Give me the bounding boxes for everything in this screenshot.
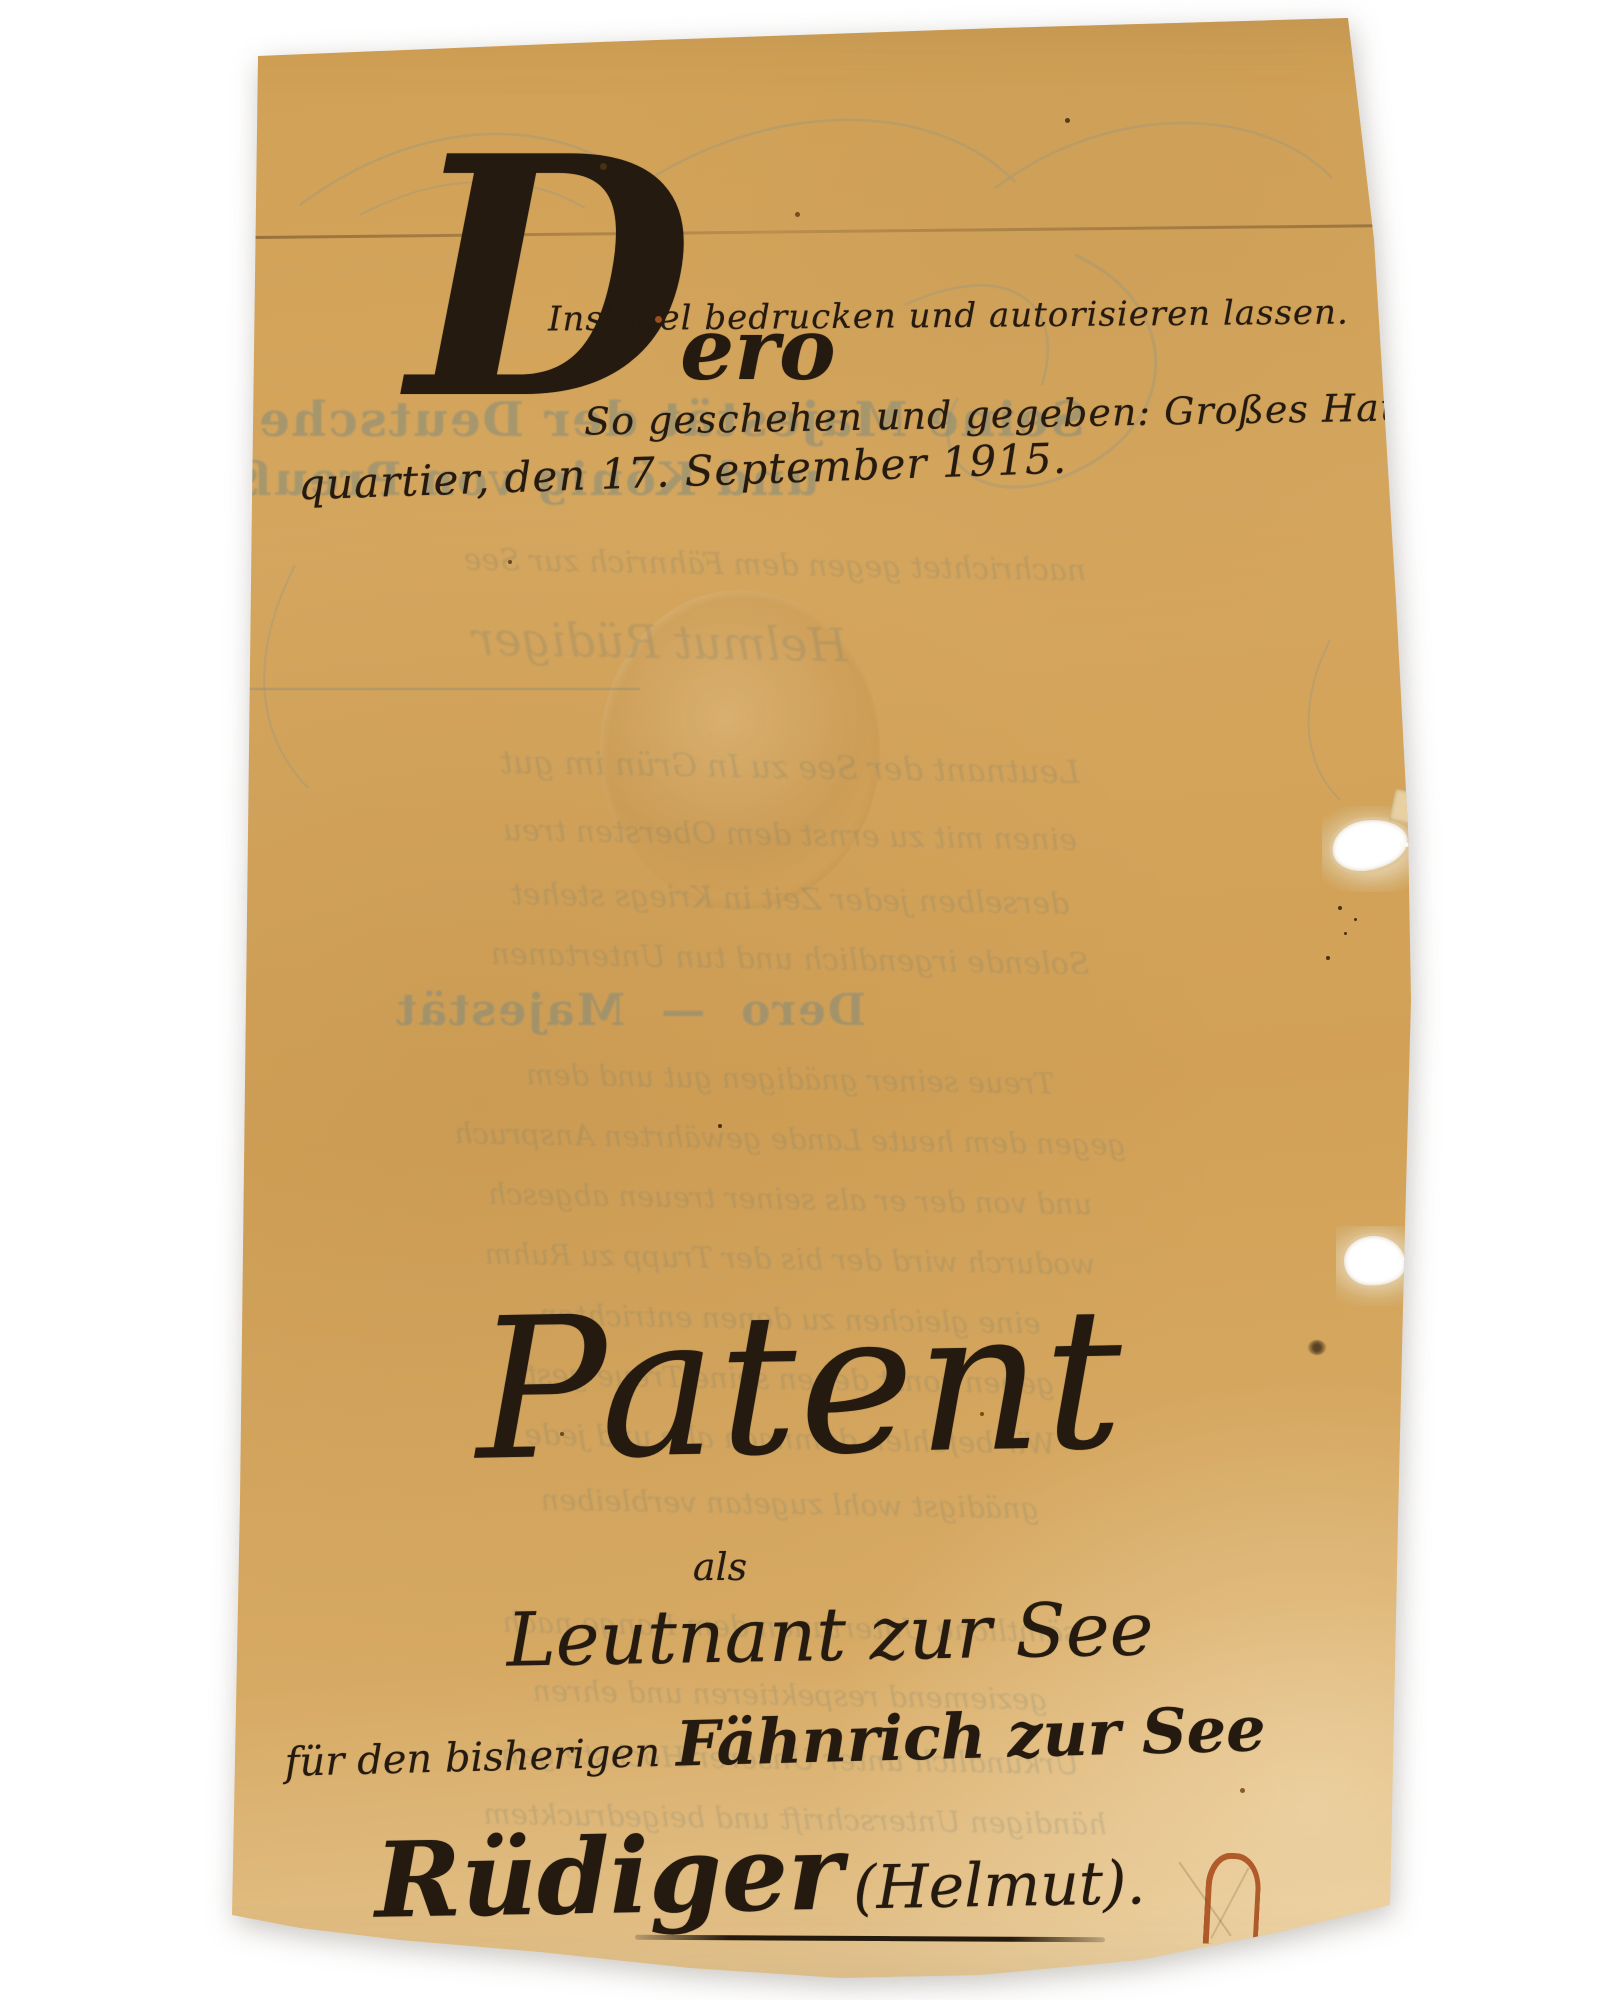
paper-shadow-wrapper: Seine Majestät der Deutsche Kaiser und K…	[0, 0, 1600, 2000]
paper-edge-vignette	[0, 0, 1600, 2000]
photo-of-patent-document: Seine Majestät der Deutsche Kaiser und K…	[0, 0, 1600, 2000]
aged-paper-sheet: Seine Majestät der Deutsche Kaiser und K…	[0, 0, 1600, 2000]
